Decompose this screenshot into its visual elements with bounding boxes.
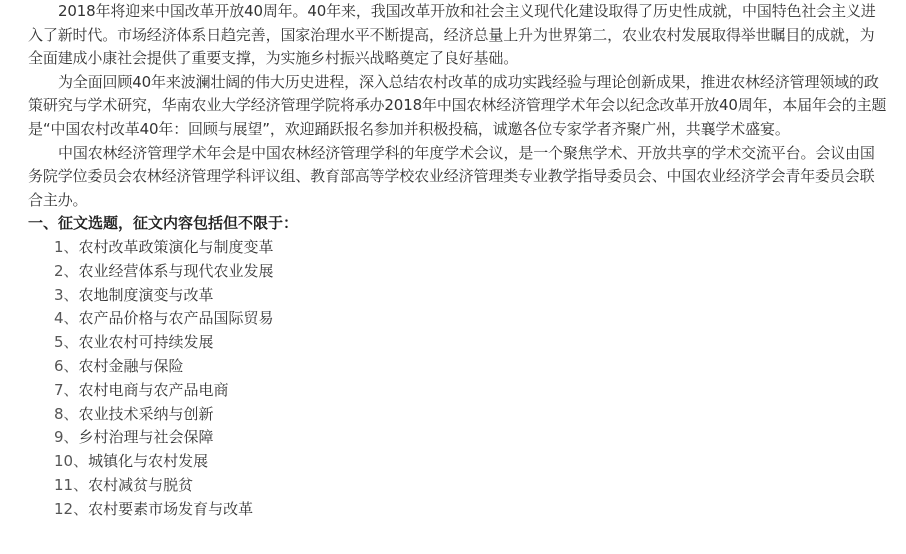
list-item-number: 7、 bbox=[54, 381, 79, 399]
list-item: 8、农业技术采纳与创新 bbox=[54, 403, 888, 427]
list-item-number: 12、 bbox=[54, 500, 88, 518]
document-body: 2018年将迎来中国改革开放40周年。40年来，我国改革开放和社会主义现代化建设… bbox=[28, 0, 888, 522]
topics-list: 1、农村改革政策演化与制度变革 2、农业经营体系与现代农业发展 3、农地制度演变… bbox=[28, 236, 888, 522]
list-item-number: 2、 bbox=[54, 262, 79, 280]
list-item-text: 农业技术采纳与创新 bbox=[79, 405, 214, 423]
list-item-number: 10、 bbox=[54, 452, 88, 470]
list-item-text: 农地制度演变与改革 bbox=[79, 286, 214, 304]
list-item-text: 农村金融与保险 bbox=[79, 357, 184, 375]
list-item: 6、农村金融与保险 bbox=[54, 355, 888, 379]
list-item-text: 农村改革政策演化与制度变革 bbox=[79, 238, 274, 256]
list-item: 7、农村电商与农产品电商 bbox=[54, 379, 888, 403]
list-item-text: 农村要素市场发育与改革 bbox=[88, 500, 253, 518]
list-item-number: 6、 bbox=[54, 357, 79, 375]
list-item-number: 4、 bbox=[54, 309, 79, 327]
list-item: 1、农村改革政策演化与制度变革 bbox=[54, 236, 888, 260]
list-item-text: 乡村治理与社会保障 bbox=[79, 428, 214, 446]
list-item-number: 11、 bbox=[54, 476, 88, 494]
list-item: 10、城镇化与农村发展 bbox=[54, 450, 888, 474]
list-item: 4、农产品价格与农产品国际贸易 bbox=[54, 307, 888, 331]
list-item-number: 3、 bbox=[54, 286, 79, 304]
list-item-text: 农业农村可持续发展 bbox=[79, 333, 214, 351]
list-item-text: 农村电商与农产品电商 bbox=[79, 381, 229, 399]
section-heading: 一、征文选题，征文内容包括但不限于： bbox=[28, 212, 888, 236]
list-item-text: 城镇化与农村发展 bbox=[88, 452, 208, 470]
list-item-text: 农业经营体系与现代农业发展 bbox=[79, 262, 274, 280]
list-item-number: 1、 bbox=[54, 238, 79, 256]
list-item-text: 农村减贫与脱贫 bbox=[88, 476, 193, 494]
list-item-number: 8、 bbox=[54, 405, 79, 423]
list-item-text: 农产品价格与农产品国际贸易 bbox=[79, 309, 274, 327]
list-item: 2、农业经营体系与现代农业发展 bbox=[54, 260, 888, 284]
list-item-number: 5、 bbox=[54, 333, 79, 351]
intro-paragraph: 2018年将迎来中国改革开放40周年。40年来，我国改革开放和社会主义现代化建设… bbox=[28, 0, 888, 71]
conference-paragraph: 中国农林经济管理学术年会是中国农林经济管理学科的年度学术会议，是一个聚焦学术、开… bbox=[28, 142, 888, 213]
purpose-paragraph: 为全面回顾40年来波澜壮阔的伟大历史进程，深入总结农村改革的成功实践经验与理论创… bbox=[28, 71, 888, 142]
list-item: 5、农业农村可持续发展 bbox=[54, 331, 888, 355]
list-item-number: 9、 bbox=[54, 428, 79, 446]
list-item: 11、农村减贫与脱贫 bbox=[54, 474, 888, 498]
list-item: 3、农地制度演变与改革 bbox=[54, 284, 888, 308]
list-item: 12、农村要素市场发育与改革 bbox=[54, 498, 888, 522]
list-item: 9、乡村治理与社会保障 bbox=[54, 426, 888, 450]
